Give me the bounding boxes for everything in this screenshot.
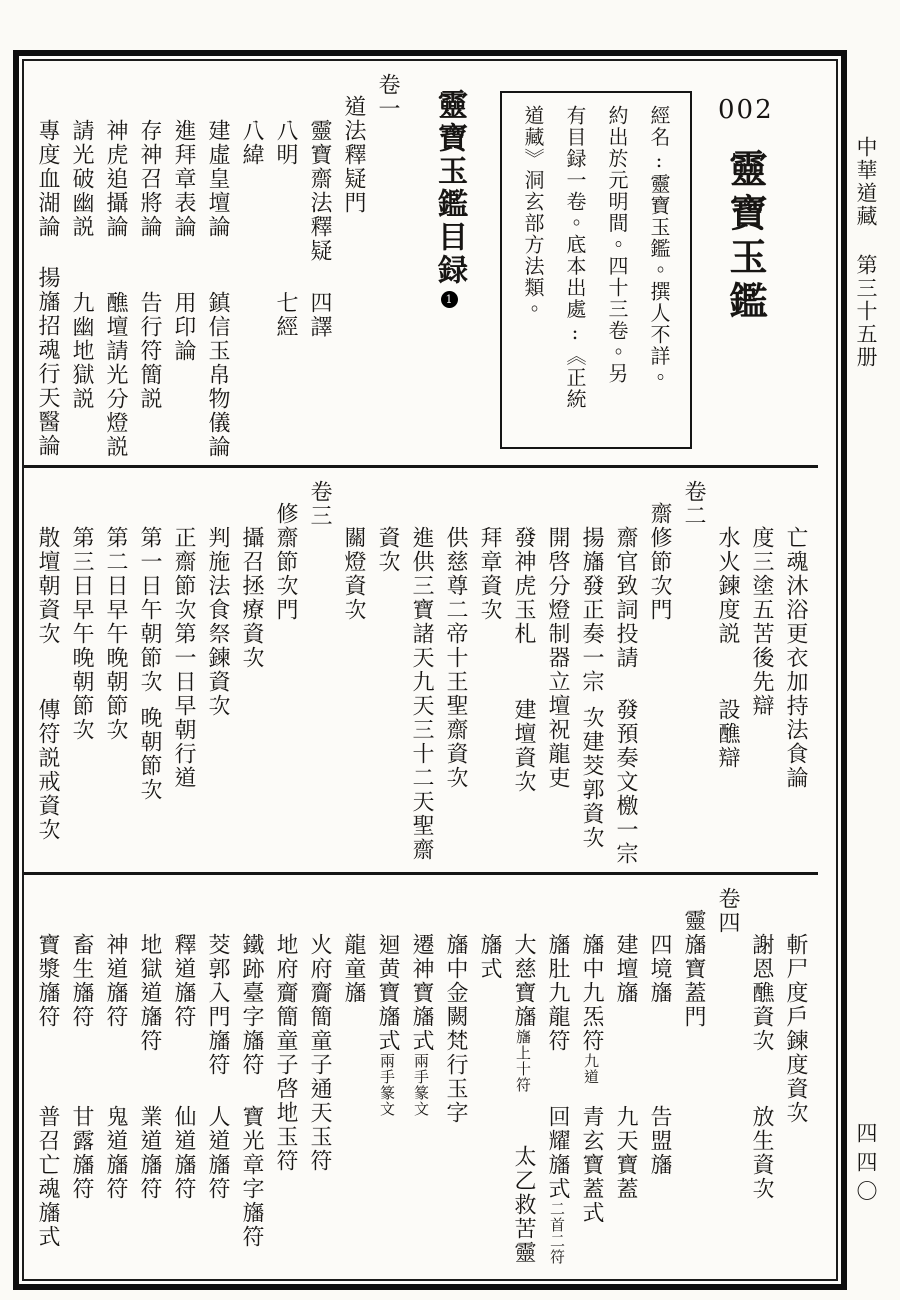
toc-entry: 拜章資次 xyxy=(472,526,506,872)
entry-primary: 建虛皇壇論 xyxy=(200,119,234,279)
entry-primary-text: 揚旛發正奏一宗 xyxy=(579,526,604,694)
entry-primary: 發神虎玉札 xyxy=(506,526,540,686)
entry-secondary-text: 揚旛招魂行天醫論 xyxy=(35,266,60,458)
entry-primary-text: 茭郭入門旛符 xyxy=(205,933,230,1077)
toc-entry: 寶漿旛符普召亡魂旛式 xyxy=(30,933,64,1279)
juan-heading-text: 卷二 xyxy=(681,480,706,528)
entry-secondary-text: 九幽地獄説 xyxy=(69,291,94,411)
toc-entry: 專度血湖論揚旛招魂行天醫論 xyxy=(30,119,64,465)
entry-secondary-text: 告盟旛 xyxy=(647,1105,672,1177)
entry-primary-text: 水火鍊度説 xyxy=(715,526,740,646)
toc-entry: 存神召將論告行符簡説 xyxy=(132,119,166,465)
entry-primary: 水火鍊度説 xyxy=(710,526,744,686)
entry-secondary: 用印論 xyxy=(171,291,196,363)
entry-primary-text: 拜章資次 xyxy=(477,526,502,622)
entry-primary: 進拜章表論 xyxy=(166,119,200,279)
entry-primary: 寶漿旛符 xyxy=(30,933,64,1093)
gate-heading-text: 齋修節次門 xyxy=(647,502,672,622)
entry-secondary-text: 七經 xyxy=(273,291,298,339)
entry-primary-text: 供慈尊二帝十王聖齋資次 xyxy=(443,526,468,790)
entry-primary: 散壇朝資次 xyxy=(30,526,64,686)
entry-secondary: 普召亡魂旛式 xyxy=(35,1105,60,1249)
entry-primary-text: 旛中九炁符 xyxy=(579,933,604,1053)
entry-primary: 供慈尊二帝十王聖齋資次 xyxy=(443,526,468,790)
entry-primary: 揚旛發正奏一宗 xyxy=(574,526,608,694)
entry-primary: 度三塗五苦後先辯 xyxy=(749,526,774,718)
toc-entry: 謝恩醮資次放生資次 xyxy=(744,933,778,1279)
entry-annotation: 兩手篆文 xyxy=(412,1053,430,1117)
entry-secondary-text: 普召亡魂旛式 xyxy=(35,1105,60,1249)
entry-primary: 靈寶齋法釋疑 xyxy=(302,119,336,279)
entry-primary-text: 專度血湖論 xyxy=(35,119,60,239)
toc-entry: 請光破幽説九幽地獄説 xyxy=(64,119,98,465)
toc-entry: 建虛皇壇論鎮信玉帛物儀論 xyxy=(200,119,234,465)
entry-primary: 茭郭入門旛符 xyxy=(200,933,234,1093)
entry-secondary: 發預奏文檄一宗 xyxy=(613,698,638,866)
entry-secondary: 建壇資次 xyxy=(511,698,536,794)
entry-annotation: 兩手篆文 xyxy=(378,1053,396,1117)
entry-secondary-text: 用印論 xyxy=(171,291,196,363)
toc-entry: 遷神寶旛式兩手篆文 xyxy=(404,933,438,1279)
entry-secondary-text: 晚朝節次 xyxy=(137,706,162,802)
entry-primary: 八明 xyxy=(268,119,302,279)
entry-primary-text: 建虛皇壇論 xyxy=(205,119,230,239)
entry-primary-text: 迴黄寶旛式 xyxy=(375,933,400,1053)
entry-primary: 龍童旛 xyxy=(341,933,366,1005)
scanned-book-page: { "margin_strip": { "series": "中華道藏", "v… xyxy=(0,0,900,1300)
toc-entry: 神虎追攝論醮壇請光分燈説 xyxy=(98,119,132,465)
entry-primary-text: 謝恩醮資次 xyxy=(749,933,774,1053)
entry-secondary-text: 四譯 xyxy=(307,291,332,339)
entry-primary-text: 釋道旛符 xyxy=(171,933,196,1029)
toc-entry: 八明七經 xyxy=(268,119,302,465)
juan-heading: 卷三 xyxy=(302,480,336,872)
entry-primary-text: 建壇旛 xyxy=(613,933,638,1005)
entry-secondary: 傳符説戒資次 xyxy=(35,698,60,842)
entry-primary-text: 四境旛 xyxy=(647,933,672,1005)
entry-secondary: 七經 xyxy=(273,291,298,339)
toc-entry: 大慈寶旛旛上十符太乙救苦靈旛式 xyxy=(472,933,540,1279)
entry-primary: 四境旛 xyxy=(642,933,676,1093)
toc-entry: 迴黄寶旛式兩手篆文 xyxy=(370,933,404,1279)
entry-primary: 鐵跡臺字旛符 xyxy=(234,933,268,1093)
entry-secondary-text: 發預奏文檄一宗 xyxy=(613,698,638,866)
entry-primary-text: 開啓分燈制器立壇祝龍吏 xyxy=(545,526,570,790)
entry-primary: 神道旛符 xyxy=(98,933,132,1093)
toc-entry: 鐵跡臺字旛符寶光章字旛符 xyxy=(234,933,268,1279)
toc-entry: 畜生旛符甘露旛符 xyxy=(64,933,98,1279)
entry-primary: 第一日午朝節次 xyxy=(132,526,166,694)
entry-primary-text: 判施法食祭鍊資次 xyxy=(205,526,230,718)
toc-entry: 第二日早午晚朝節次 xyxy=(98,526,132,872)
entry-primary-text: 靈寶齋法釋疑 xyxy=(307,119,332,263)
entry-secondary: 鎮信玉帛物儀論 xyxy=(205,291,230,459)
entry-primary-text: 遷神寶旛式 xyxy=(409,933,434,1053)
entry-secondary-text: 鎮信玉帛物儀論 xyxy=(205,291,230,459)
entry-primary-text: 火府齎簡童子通天玉符 xyxy=(307,933,332,1173)
toc-entry: 度三塗五苦後先辯 xyxy=(744,526,778,872)
entry-primary-text: 寶漿旛符 xyxy=(35,933,60,1029)
note-box-line: 經名:靈寶玉鑑。撰人不詳。 xyxy=(638,105,680,435)
gate-heading-text: 靈旛寶蓋門 xyxy=(681,909,706,1029)
toc-entry: 神道旛符鬼道旛符 xyxy=(98,933,132,1279)
toc-entry: 旛肚九龍符回耀旛式二首二符 xyxy=(540,933,574,1279)
entry-primary-text: 第二日早午晚朝節次 xyxy=(103,526,128,742)
toc-entry: 亡魂沐浴更衣加持法食論 xyxy=(778,526,812,872)
entry-primary: 請光破幽説 xyxy=(64,119,98,279)
entry-primary-text: 旛中金闕梵行玉字 xyxy=(443,933,468,1125)
entry-primary: 斬尸度户鍊度資次 xyxy=(783,933,808,1125)
juan-heading-text: 卷三 xyxy=(307,480,332,528)
entry-secondary-text: 九天寶蓋 xyxy=(613,1105,638,1201)
entry-secondary: 人道旛符 xyxy=(205,1105,230,1201)
doc-header: 002靈寶玉鑑 xyxy=(716,81,774,465)
entry-annotation: 二首二符 xyxy=(548,1201,566,1265)
entry-secondary: 告行符簡説 xyxy=(137,291,162,411)
entry-secondary: 放生資次 xyxy=(749,1105,774,1201)
entry-secondary: 醮壇請光分燈説 xyxy=(103,291,128,459)
gate-heading: 齋修節次門 xyxy=(642,502,676,872)
entry-primary-text: 正齋節次第一日早朝行道 xyxy=(171,526,196,790)
page-frame: 002靈寶玉鑑 經名:靈寶玉鑑。撰人不詳。約出於元明間。四十三卷。另有目録一卷。… xyxy=(13,50,847,1290)
toc-entry: 關燈資次 xyxy=(336,526,370,872)
entry-primary: 神虎追攝論 xyxy=(98,119,132,279)
entry-primary-text: 旛肚九龍符 xyxy=(545,933,570,1053)
entry-primary-text: 地獄道旛符 xyxy=(137,933,162,1053)
entry-primary-text: 第三日早午晚朝節次 xyxy=(69,526,94,742)
entry-primary-text: 畜生旛符 xyxy=(69,933,94,1029)
toc-entry: 開啓分燈制器立壇祝龍吏 xyxy=(540,526,574,872)
entry-primary-text: 亡魂沐浴更衣加持法食論 xyxy=(783,526,808,790)
series-title: 中華道藏 xyxy=(854,136,878,228)
volume-label: 中華道藏第三十五册 xyxy=(851,136,881,369)
entry-secondary: 業道旛符 xyxy=(137,1105,162,1201)
entry-primary: 存神召將論 xyxy=(132,119,166,279)
entry-primary: 迴黄寶旛式兩手篆文 xyxy=(375,933,400,1117)
toc-entry: 八緯 xyxy=(234,119,268,465)
gate-heading: 靈旛寶蓋門 xyxy=(676,909,710,1279)
volume-number: 第三十五册 xyxy=(854,254,878,369)
entry-primary-text: 八緯 xyxy=(239,119,264,167)
entry-primary-text: 鐵跡臺字旛符 xyxy=(239,933,264,1077)
entry-primary-text: 神虎追攝論 xyxy=(103,119,128,239)
juan-heading: 卷一 xyxy=(370,73,404,465)
toc-entry: 斬尸度户鍊度資次 xyxy=(778,933,812,1279)
toc-entry: 地府齎簡童子啓地玉符 xyxy=(268,933,302,1279)
toc-entry: 正齋節次第一日早朝行道 xyxy=(166,526,200,872)
entry-primary: 大慈寶旛旛上十符 xyxy=(506,933,540,1133)
gate-heading: 道法釋疑門 xyxy=(336,95,370,465)
entry-secondary: 回耀旛式二首二符 xyxy=(545,1105,570,1265)
entry-primary: 火府齎簡童子通天玉符 xyxy=(307,933,332,1173)
entry-secondary-text: 寶光章字旛符 xyxy=(239,1105,264,1249)
footnote-marker: 1 xyxy=(441,291,458,308)
entry-primary-text: 八明 xyxy=(273,119,298,167)
entry-primary-text: 攝召拯療資次 xyxy=(239,526,264,670)
toc-entry: 建壇旛九天寶蓋 xyxy=(608,933,642,1279)
entry-secondary: 告盟旛 xyxy=(647,1105,672,1177)
toc-entry: 龍童旛 xyxy=(336,933,370,1279)
entry-primary-text: 度三塗五苦後先辯 xyxy=(749,526,774,718)
entry-primary: 謝恩醮資次 xyxy=(744,933,778,1093)
entry-secondary: 次建茭郭資次 xyxy=(579,706,604,850)
entry-secondary-text: 建壇資次 xyxy=(511,698,536,794)
toc-title-text: 靈寶玉鑑目録 xyxy=(432,89,467,287)
entry-secondary: 寶光章字旛符 xyxy=(239,1105,264,1249)
gate-heading: 修齋節次門 xyxy=(268,502,302,872)
entry-secondary-text: 甘露旛符 xyxy=(69,1105,94,1201)
entry-primary: 畜生旛符 xyxy=(64,933,98,1093)
entry-secondary: 晚朝節次 xyxy=(137,706,162,802)
entry-primary: 旛中金闕梵行玉字 xyxy=(443,933,468,1125)
entry-primary: 專度血湖論 xyxy=(30,119,64,254)
entry-annotation: 旛上十符 xyxy=(514,1029,532,1093)
toc-entry: 釋道旛符仙道旛符 xyxy=(166,933,200,1279)
entry-primary-text: 齋官致詞投請 xyxy=(613,526,638,670)
entry-secondary-text: 傳符説戒資次 xyxy=(35,698,60,842)
toc-entry: 散壇朝資次傳符説戒資次 xyxy=(30,526,64,872)
entry-secondary: 九天寶蓋 xyxy=(613,1105,638,1201)
entry-secondary-text: 鬼道旛符 xyxy=(103,1105,128,1201)
entry-primary: 判施法食祭鍊資次 xyxy=(205,526,230,718)
note-box-line: 有目録一卷。底本出處:《正統 xyxy=(554,105,596,435)
entry-secondary-text: 放生資次 xyxy=(749,1105,774,1201)
entry-primary: 關燈資次 xyxy=(341,526,366,622)
band-juan-2-3: 亡魂沐浴更衣加持法食論度三塗五苦後先辯水火鍊度説設醮辯卷二齋修節次門齋官致詞投請… xyxy=(24,465,818,872)
toc-entry: 旛中九炁符九道青玄寶蓋式 xyxy=(574,933,608,1279)
entry-primary: 齋官致詞投請 xyxy=(608,526,642,686)
entry-secondary: 鬼道旛符 xyxy=(103,1105,128,1201)
entry-primary-text: 龍童旛 xyxy=(341,933,366,1005)
entry-primary-text: 進供三寶諸天九天三十二天聖齋資次 xyxy=(375,526,434,862)
entry-primary: 開啓分燈制器立壇祝龍吏 xyxy=(545,526,570,790)
entry-primary-text: 斬尸度户鍊度資次 xyxy=(783,933,808,1125)
folio-number: 四四〇 xyxy=(851,1122,881,1209)
entry-primary: 亡魂沐浴更衣加持法食論 xyxy=(783,526,808,790)
entry-secondary: 青玄寶蓋式 xyxy=(579,1105,604,1225)
entry-primary: 釋道旛符 xyxy=(166,933,200,1093)
entry-secondary-text: 業道旛符 xyxy=(137,1105,162,1201)
gate-heading-text: 修齋節次門 xyxy=(273,502,298,622)
toc-entry: 火府齎簡童子通天玉符 xyxy=(302,933,336,1279)
entry-secondary: 揚旛招魂行天醫論 xyxy=(35,266,60,458)
entry-secondary: 四譯 xyxy=(307,291,332,339)
toc-entry: 茭郭入門旛符人道旛符 xyxy=(200,933,234,1279)
page-frame-inner: 002靈寶玉鑑 經名:靈寶玉鑑。撰人不詳。約出於元明間。四十三卷。另有目録一卷。… xyxy=(22,59,838,1281)
entry-secondary-text: 告行符簡説 xyxy=(137,291,162,411)
toc-entry: 發神虎玉札建壇資次 xyxy=(506,526,540,872)
juan-heading: 卷四 xyxy=(710,887,744,1279)
entry-primary: 第三日早午晚朝節次 xyxy=(69,526,94,742)
juan-heading-text: 卷一 xyxy=(375,73,400,121)
entry-primary: 地獄道旛符 xyxy=(132,933,166,1093)
toc-entry: 第三日早午晚朝節次 xyxy=(64,526,98,872)
entry-primary-text: 存神召將論 xyxy=(137,119,162,239)
toc-entry: 旛中金闕梵行玉字 xyxy=(438,933,472,1279)
toc-entry: 攝召拯療資次 xyxy=(234,526,268,872)
juan-heading-text: 卷四 xyxy=(715,887,740,935)
toc-entry: 地獄道旛符業道旛符 xyxy=(132,933,166,1279)
toc-title: 靈寶玉鑑目録1 xyxy=(426,89,472,465)
toc-entry: 進供三寶諸天九天三十二天聖齋資次 xyxy=(370,526,438,872)
toc-entry: 第一日午朝節次晚朝節次 xyxy=(132,526,166,872)
entry-primary-text: 神道旛符 xyxy=(103,933,128,1029)
entry-primary-text: 發神虎玉札 xyxy=(511,526,536,646)
entry-secondary: 甘露旛符 xyxy=(69,1105,94,1201)
doc-number: 002 xyxy=(718,81,772,139)
entry-primary: 旛肚九龍符 xyxy=(540,933,574,1093)
toc-entry: 齋官致詞投請發預奏文檄一宗 xyxy=(608,526,642,872)
entry-primary-text: 關燈資次 xyxy=(341,526,366,622)
juan-heading: 卷二 xyxy=(676,480,710,872)
toc-entry: 靈寶齋法釋疑四譯 xyxy=(302,119,336,465)
toc-entry: 揚旛發正奏一宗次建茭郭資次 xyxy=(574,526,608,872)
entry-primary-text: 大慈寶旛 xyxy=(511,933,536,1029)
note-box-line: 約出於元明間。四十三卷。另 xyxy=(596,105,638,435)
toc-entry: 四境旛告盟旛 xyxy=(642,933,676,1279)
entry-primary: 建壇旛 xyxy=(608,933,642,1093)
entry-primary: 地府齎簡童子啓地玉符 xyxy=(273,933,298,1173)
bibliographic-note-box: 經名:靈寶玉鑑。撰人不詳。約出於元明間。四十三卷。另有目録一卷。底本出處:《正統… xyxy=(500,91,692,449)
entry-annotation: 九道 xyxy=(582,1053,600,1085)
entry-secondary-text: 設醮辯 xyxy=(715,698,740,770)
entry-primary: 旛中九炁符九道 xyxy=(574,933,608,1093)
entry-primary: 拜章資次 xyxy=(477,526,502,622)
band-juan-1: 002靈寶玉鑑 經名:靈寶玉鑑。撰人不詳。約出於元明間。四十三卷。另有目録一卷。… xyxy=(24,61,780,465)
toc-entry: 水火鍊度説設醮辯 xyxy=(710,526,744,872)
entry-primary: 攝召拯療資次 xyxy=(239,526,264,670)
entry-primary: 八緯 xyxy=(239,119,264,167)
entry-primary-text: 第一日午朝節次 xyxy=(137,526,162,694)
toc-entry: 供慈尊二帝十王聖齋資次 xyxy=(438,526,472,872)
note-box-line: 道藏》洞玄部方法類。 xyxy=(512,105,554,435)
entry-secondary: 設醮辯 xyxy=(715,698,740,770)
entry-primary: 遷神寶旛式兩手篆文 xyxy=(409,933,434,1117)
entry-secondary-text: 醮壇請光分燈説 xyxy=(103,291,128,459)
band-juan-4: 斬尸度户鍊度資次謝恩醮資次放生資次卷四靈旛寶蓋門四境旛告盟旛建壇旛九天寶蓋旛中九… xyxy=(24,872,818,1279)
toc-entry: 判施法食祭鍊資次 xyxy=(200,526,234,872)
entry-primary-text: 進拜章表論 xyxy=(171,119,196,239)
entry-primary-text: 地府齎簡童子啓地玉符 xyxy=(273,933,298,1173)
entry-primary: 正齋節次第一日早朝行道 xyxy=(171,526,196,790)
entry-secondary-text: 人道旛符 xyxy=(205,1105,230,1201)
entry-secondary-text: 回耀旛式 xyxy=(545,1105,570,1201)
toc-entry: 進拜章表論用印論 xyxy=(166,119,200,465)
entry-primary: 進供三寶諸天九天三十二天聖齋資次 xyxy=(375,526,434,862)
entry-primary-text: 散壇朝資次 xyxy=(35,526,60,646)
doc-title: 靈寶玉鑑 xyxy=(723,149,768,325)
entry-primary-text: 請光破幽説 xyxy=(69,119,94,239)
entry-secondary: 仙道旛符 xyxy=(171,1105,196,1201)
entry-primary: 第二日早午晚朝節次 xyxy=(103,526,128,742)
gate-heading-text: 道法釋疑門 xyxy=(341,95,366,215)
entry-secondary-text: 青玄寶蓋式 xyxy=(579,1105,604,1225)
entry-secondary: 九幽地獄説 xyxy=(69,291,94,411)
entry-secondary-text: 次建茭郭資次 xyxy=(579,706,604,850)
entry-secondary-text: 仙道旛符 xyxy=(171,1105,196,1201)
